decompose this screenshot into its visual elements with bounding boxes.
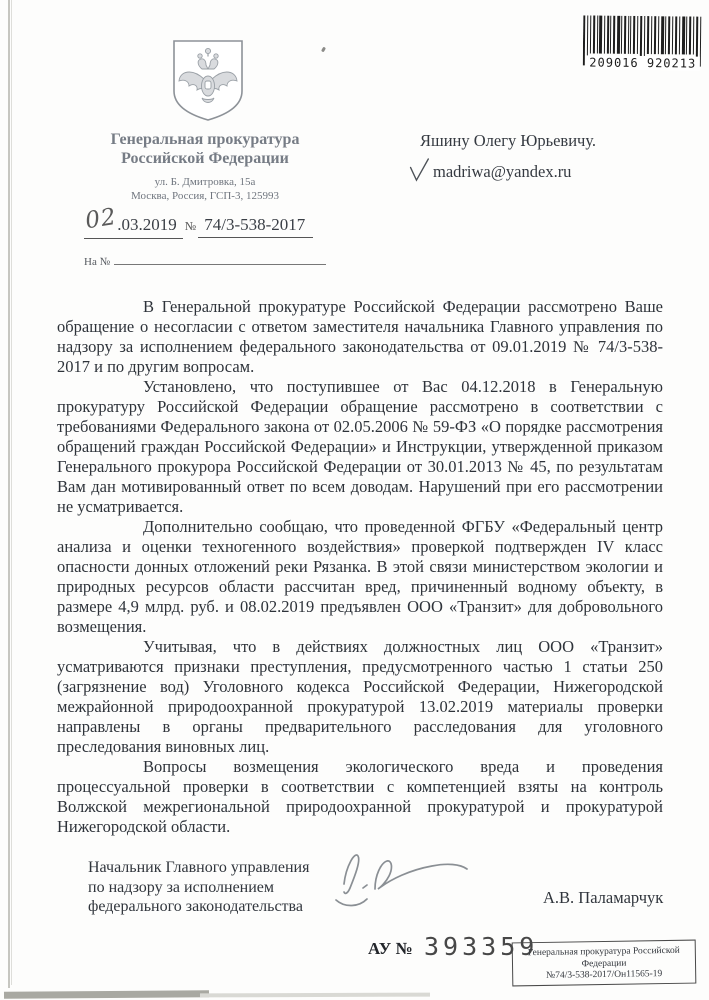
paragraph-3: Дополнительно сообщаю, что проведенной Ф…: [57, 517, 663, 637]
paragraph-5: Вопросы возмещения экологического вреда …: [57, 757, 663, 837]
org-address-line2: Москва, Россия, ГСП-3, 125993: [66, 190, 344, 204]
number-sign-icon: №: [183, 219, 198, 233]
barcode-digits: 209016 920213: [586, 55, 700, 70]
scanned-letter-page: 209016 920213 Генеральная прокуратура Ро…: [0, 0, 709, 1000]
stamp-line3: №74/3-538-2017/Он11565-19: [513, 969, 695, 983]
scan-edge-bottom: [4, 990, 209, 998]
outgoing-number: 74/3-538-2017: [198, 215, 313, 238]
recipient-name: Яшину Олегу Юрьевичу.: [420, 131, 678, 151]
signer-name: А.В. Паламарчук: [543, 888, 663, 908]
scan-edge-bottom-faint: [200, 993, 430, 998]
coat-of-arms-icon: [167, 38, 249, 122]
barcode: 209016 920213: [583, 15, 704, 70]
scan-edge-left: [8, 0, 10, 988]
recipient-block: Яшину Олегу Юрьевичу. madriwa@yandex.ru: [408, 131, 678, 183]
registration-stamp: Генеральная прокуратура Российской Федер…: [512, 940, 697, 987]
paragraph-2: Установлено, что поступившее от Вас 04.1…: [57, 377, 663, 517]
checkmark-icon: [408, 157, 430, 183]
reply-ref-label: На №: [84, 256, 110, 268]
paragraph-1: В Генеральной прокуратуре Российской Фед…: [57, 297, 663, 377]
au-label: АУ №: [368, 939, 413, 959]
letterhead: Генеральная прокуратура Российской Федер…: [66, 130, 344, 203]
reply-ref-blank: [114, 252, 326, 265]
org-address-line1: ул. Б. Дмитровка, 15а: [66, 176, 344, 190]
handwritten-day: 02: [84, 204, 119, 235]
org-name-line2: Российской Федерации: [66, 149, 344, 168]
scan-edge-left-faint: [11, 0, 12, 985]
signature-scribble: [330, 838, 480, 910]
scan-speck: [321, 47, 326, 53]
date-rest: .03.2019: [117, 215, 177, 234]
recipient-email: madriwa@yandex.ru: [433, 162, 571, 182]
reply-ref-line: На №: [84, 252, 326, 268]
org-name-line1: Генеральная прокуратура: [66, 130, 344, 149]
reference-line: 02.03.2019№74/3-538-2017: [84, 210, 313, 239]
paragraph-4: Учитывая, что в действиях должностных ли…: [57, 637, 663, 757]
letter-body: В Генеральной прокуратуре Российской Фед…: [57, 297, 663, 837]
